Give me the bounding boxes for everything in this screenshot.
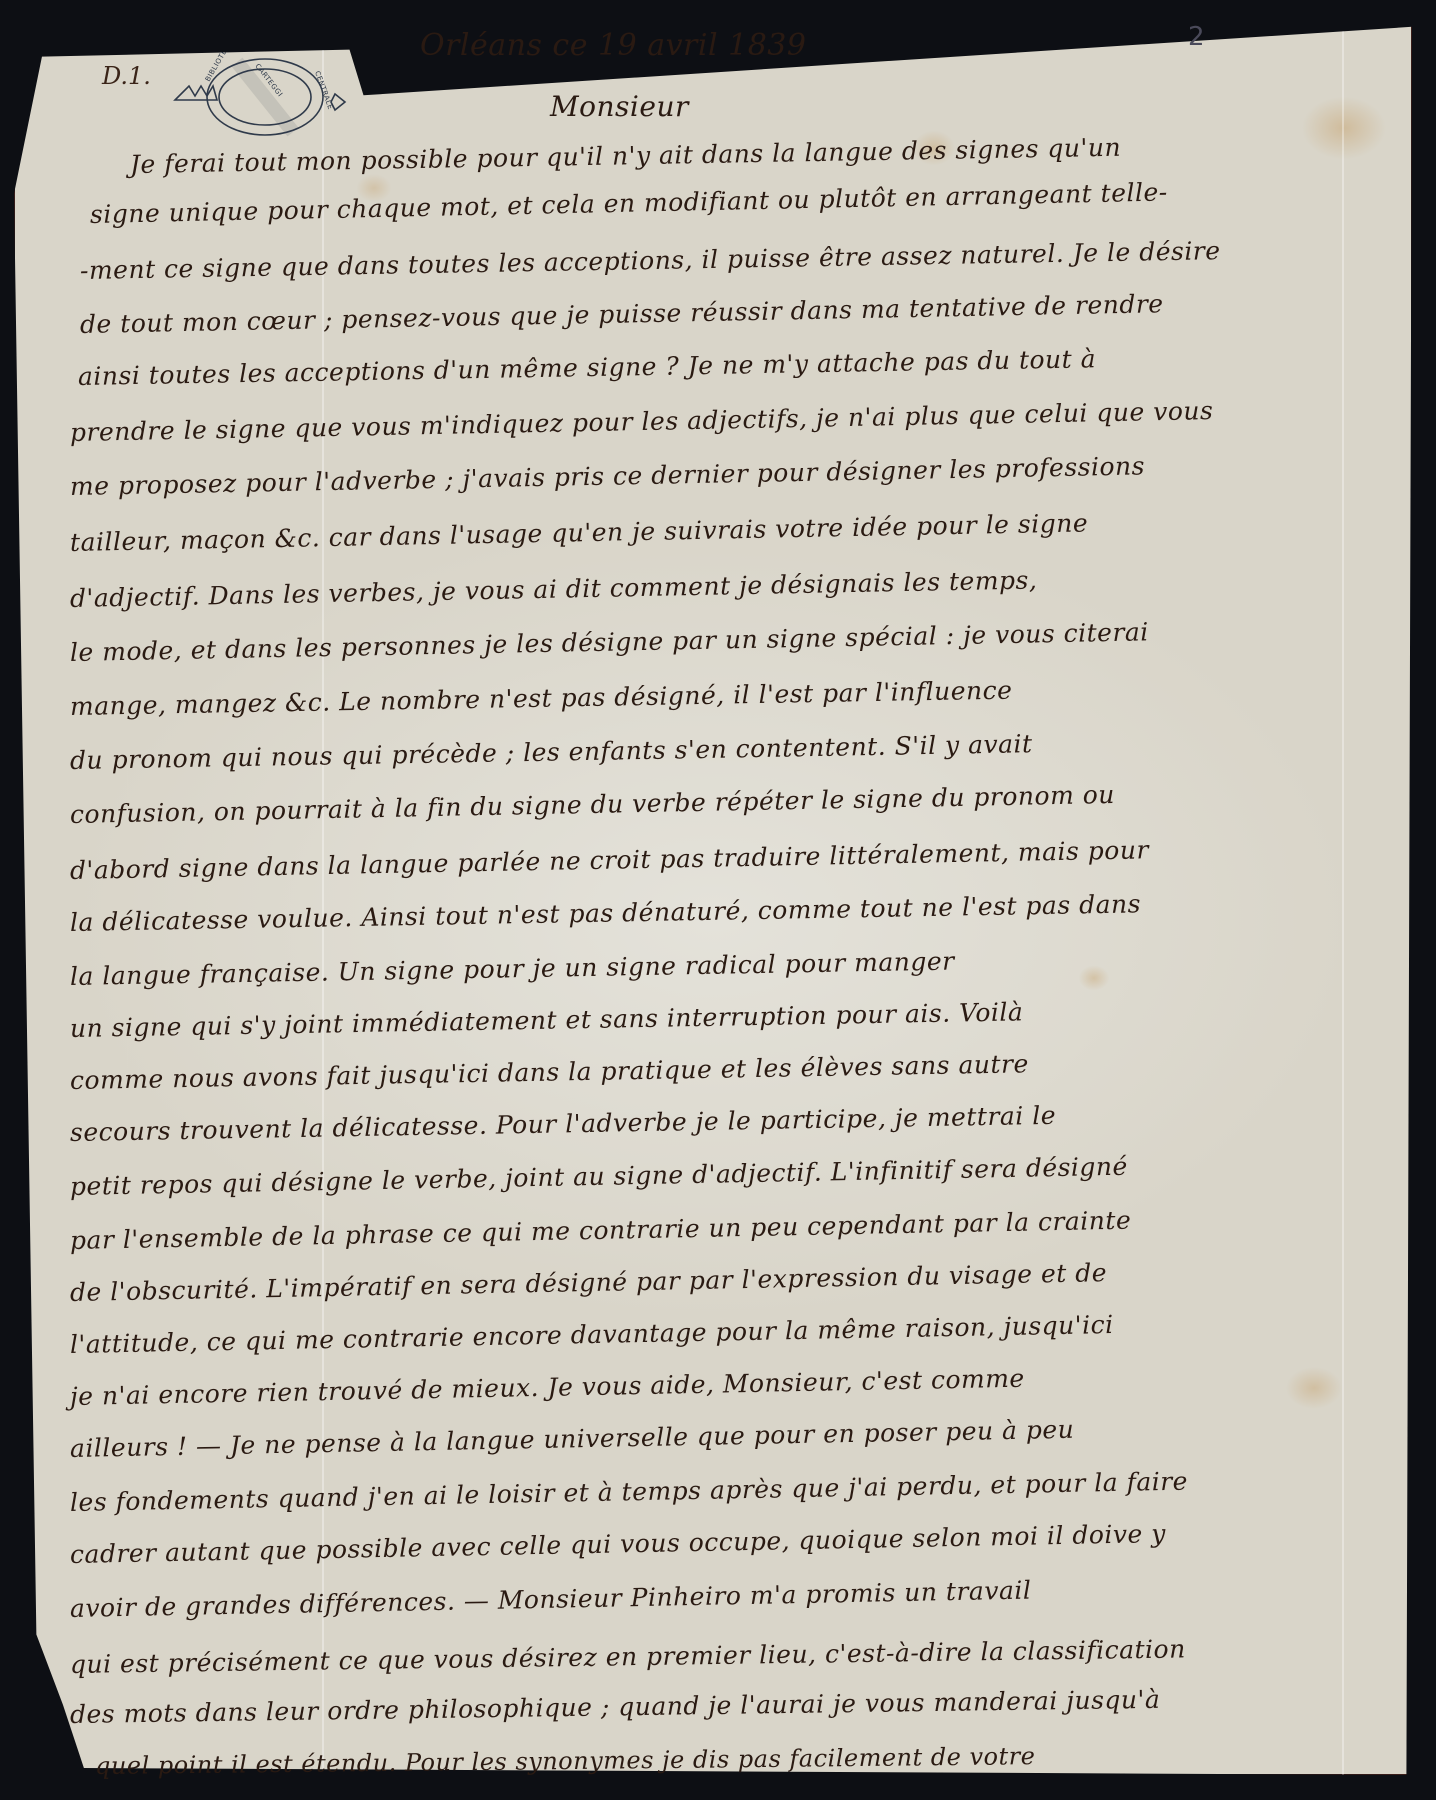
dateline: Orléans ce 19 avril 1839 bbox=[420, 28, 806, 63]
svg-text:CENTRALE: CENTRALE bbox=[313, 70, 334, 111]
salutation: Monsieur bbox=[550, 90, 689, 123]
page-number: 2 bbox=[1188, 22, 1205, 52]
archive-mark: D.1. bbox=[102, 62, 151, 90]
library-stamp-icon: BIBLIOTECA CENTRALE CARTEGGI bbox=[165, 52, 365, 142]
paper-fold bbox=[1342, 18, 1344, 1775]
